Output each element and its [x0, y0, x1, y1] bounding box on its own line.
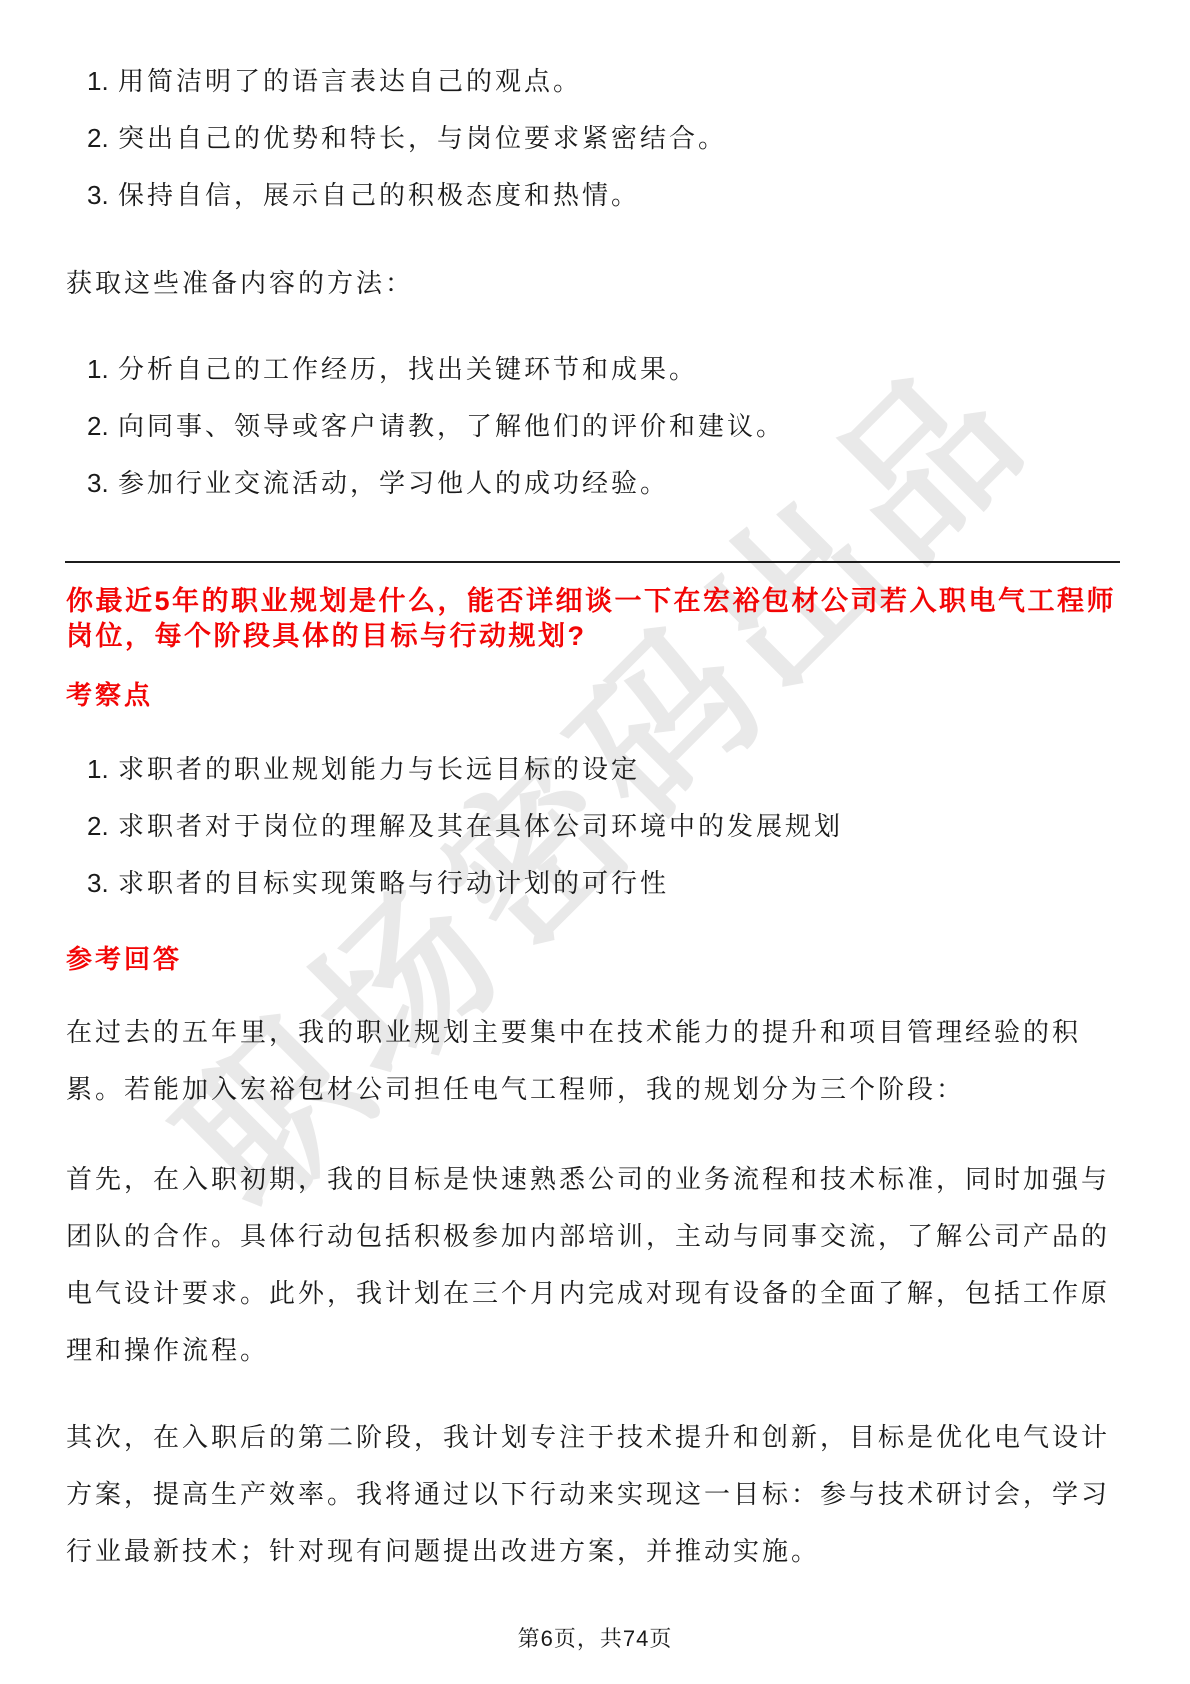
list-item-text: 求职者的目标实现策略与行动计划的可行性 — [118, 855, 1124, 912]
methods-list: 1. 分析自己的工作经历，找出关键环节和成果。 2. 向同事、领导或客户请教，了… — [66, 341, 1124, 512]
list-item: 2. 求职者对于岗位的理解及其在具体公司环境中的发展规划 — [66, 798, 1124, 855]
list-item-text: 参加行业交流活动，学习他人的成功经验。 — [118, 455, 1124, 512]
expression-tips-list: 1. 用简洁明了的语言表达自己的观点。 2. 突出自己的优势和特长，与岗位要求紧… — [66, 53, 1124, 224]
list-item: 3. 参加行业交流活动，学习他人的成功经验。 — [66, 455, 1124, 512]
list-marker: 2. — [87, 798, 118, 855]
interview-question: 你最近5年的职业规划是什么，能否详细谈一下在宏裕包材公司若入职电气工程师岗位，每… — [66, 584, 1124, 654]
list-marker: 1. — [87, 341, 118, 398]
section-divider — [65, 561, 1120, 563]
list-item-text: 求职者的职业规划能力与长远目标的设定 — [118, 741, 1124, 798]
list-item: 2. 向同事、领导或客户请教，了解他们的评价和建议。 — [66, 398, 1124, 455]
section-label-answer: 参考回答 — [66, 931, 1124, 988]
answer-paragraph: 其次，在入职后的第二阶段，我计划专注于技术提升和创新，目标是优化电气设计方案，提… — [66, 1409, 1124, 1580]
list-marker: 3. — [87, 455, 118, 512]
list-marker: 3. — [87, 167, 118, 224]
answer-paragraph: 在过去的五年里，我的职业规划主要集中在技术能力的提升和项目管理经验的积累。若能加… — [66, 1004, 1124, 1118]
page-footer: 第6页，共74页 — [0, 1624, 1190, 1654]
list-item: 2. 突出自己的优势和特长，与岗位要求紧密结合。 — [66, 110, 1124, 167]
list-item: 1. 用简洁明了的语言表达自己的观点。 — [66, 53, 1124, 110]
methods-intro: 获取这些准备内容的方法： — [66, 255, 1124, 312]
list-item-text: 分析自己的工作经历，找出关键环节和成果。 — [118, 341, 1124, 398]
list-marker: 2. — [87, 110, 118, 167]
list-marker: 1. — [87, 741, 118, 798]
list-marker: 3. — [87, 855, 118, 912]
list-item: 3. 保持自信，展示自己的积极态度和热情。 — [66, 167, 1124, 224]
list-item-text: 用简洁明了的语言表达自己的观点。 — [118, 53, 1124, 110]
examine-points-list: 1. 求职者的职业规划能力与长远目标的设定 2. 求职者对于岗位的理解及其在具体… — [66, 741, 1124, 912]
list-item: 1. 求职者的职业规划能力与长远目标的设定 — [66, 741, 1124, 798]
document-page: 职场密码出品 1. 用简洁明了的语言表达自己的观点。 2. 突出自己的优势和特长… — [0, 0, 1190, 1684]
list-item: 1. 分析自己的工作经历，找出关键环节和成果。 — [66, 341, 1124, 398]
list-item: 3. 求职者的目标实现策略与行动计划的可行性 — [66, 855, 1124, 912]
list-item-text: 向同事、领导或客户请教，了解他们的评价和建议。 — [118, 398, 1124, 455]
list-item-text: 突出自己的优势和特长，与岗位要求紧密结合。 — [118, 110, 1124, 167]
list-item-text: 保持自信，展示自己的积极态度和热情。 — [118, 167, 1124, 224]
page-content: 1. 用简洁明了的语言表达自己的观点。 2. 突出自己的优势和特长，与岗位要求紧… — [0, 0, 1190, 1580]
section-label-examine: 考察点 — [66, 667, 1124, 724]
list-marker: 2. — [87, 398, 118, 455]
answer-paragraph: 首先，在入职初期，我的目标是快速熟悉公司的业务流程和技术标准，同时加强与团队的合… — [66, 1151, 1124, 1379]
list-item-text: 求职者对于岗位的理解及其在具体公司环境中的发展规划 — [118, 798, 1124, 855]
list-marker: 1. — [87, 53, 118, 110]
